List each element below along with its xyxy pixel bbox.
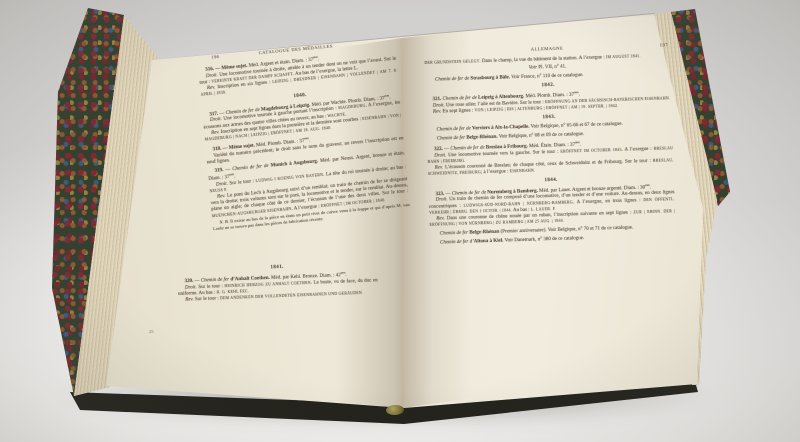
photo-scene: 196 CATALOGUE DES MÉDAILLES 316. — Même … — [0, 0, 800, 442]
text-span: Chemin de fer — [437, 136, 467, 142]
text-span: . — [389, 96, 391, 101]
right-page-text: ALLEMAGNE 197 DER GRUNDSTEIN GELEGT. Dan… — [424, 42, 676, 247]
text-span: Pl. VII, n° 41. — [537, 64, 566, 70]
text-span: ; à l’exergue : — [481, 170, 510, 176]
text-span: WACHTE. — [327, 112, 346, 118]
text-span: Voir Belgique, n° 65-66 et 67 de ce cata… — [529, 122, 622, 130]
left-page-text-lower: 1841.320. — Chemin de fer d’Anhalt Coeth… — [177, 258, 378, 304]
text-span: Droit. — [433, 103, 445, 108]
text-span: Sur le tour : — [228, 179, 256, 187]
text-span: Droit. — [436, 198, 448, 203]
text-span: Chemin de fer de — [435, 76, 471, 82]
text-span: 1844. — [544, 178, 557, 183]
text-span: MAGDEBURG — [338, 104, 366, 111]
text-span: . A l’exergue : — [621, 147, 653, 153]
text-span: Voir — [529, 65, 537, 70]
text-span: . — [580, 143, 581, 148]
text-span: 323. — [435, 192, 444, 197]
text-span: L. LAUER. F. — [531, 207, 556, 212]
text-span: 1840. — [293, 93, 307, 99]
text-span: Voir France, n° 110 de ce catalogue. — [510, 73, 584, 80]
text-span: Munich à Augsbourg. — [270, 159, 318, 168]
text-span: Voir Danemark, n° 380 de ce catalogue. — [503, 236, 584, 244]
text-span: 319. — [214, 168, 223, 174]
text-span: Verviers à Aix-la-Chapelle. — [472, 125, 530, 132]
text-span: 1842. — [541, 83, 554, 88]
text-span: ERÖFFNET IM OCTOBER 1843 — [560, 148, 621, 154]
text-span: Chemin de fer de — [450, 146, 486, 152]
text-span: EISENBAHN. — [510, 169, 536, 174]
text-span: Chemin de fer — [440, 231, 470, 237]
text-span: Droit. — [216, 181, 228, 187]
text-span: Chemin de fer — [201, 278, 231, 284]
text-span: Chemin de fer d’ — [440, 240, 474, 246]
text-span: (Premier anniversaire). Voir Belgique, n… — [499, 226, 633, 235]
text-span: Sur le tour : — [197, 284, 225, 290]
text-span: Sur le tour : — [194, 297, 220, 303]
text-span: Altona à Kiel. — [474, 239, 504, 245]
left-page-blocks-upper: 316. — Même sujet. Méd. Argent et étain.… — [198, 49, 410, 232]
left-page-text-upper: 196 CATALOGUE DES MÉDAILLES 316. — Même … — [197, 38, 410, 232]
text-span: . — [650, 185, 651, 190]
text-span: Belge-Rhénan — [469, 230, 499, 236]
text-span: Belge-Rhénan. — [466, 135, 497, 141]
text-span: . A l’exergue, en trois lignes : — [573, 198, 644, 205]
left-page-number: 196 — [211, 54, 220, 60]
text-span: H. G. KEHL FEC. — [216, 289, 249, 294]
text-span: . — [318, 57, 320, 62]
text-span: 1843. — [542, 115, 555, 120]
text-span: 320. — [185, 279, 194, 284]
right-page-blocks: DER GRUNDSTEIN GELEGT. Dans le champ, la… — [424, 53, 676, 247]
text-span: NEUSS F. — [209, 188, 227, 194]
text-span: Droit. — [210, 117, 222, 123]
text-span: Droit. — [206, 73, 218, 79]
text-span: . — [345, 273, 346, 278]
text-span: . — [234, 174, 236, 179]
text-span: DER GRUNDSTEIN GELEGT — [424, 59, 479, 65]
signature-mark: 25 — [149, 329, 154, 334]
text-span: Strasbourg à Bâle. — [470, 75, 510, 81]
text-span: . — [579, 93, 580, 98]
text-span: Chemin de fer de — [436, 127, 472, 133]
text-span: Chemin de fer de — [442, 96, 478, 102]
text-span: Droit. — [434, 153, 446, 158]
text-span: Chemin de fer de — [232, 163, 271, 172]
text-span: . — [309, 138, 311, 143]
text-span: Voir Belgique, n° 68 et 69 de ce catalog… — [498, 132, 585, 140]
text-span: IM AUGUST 1841. — [606, 54, 641, 59]
text-span: Au bas : — [512, 207, 531, 213]
right-page-number: 197 — [660, 42, 668, 48]
text-span: 322. — [434, 147, 443, 152]
text-span: En sept lignes : — [441, 108, 474, 114]
text-span: 1841. — [270, 265, 283, 271]
text-span: Droit. — [185, 285, 197, 290]
text-span: 321. — [432, 97, 441, 102]
